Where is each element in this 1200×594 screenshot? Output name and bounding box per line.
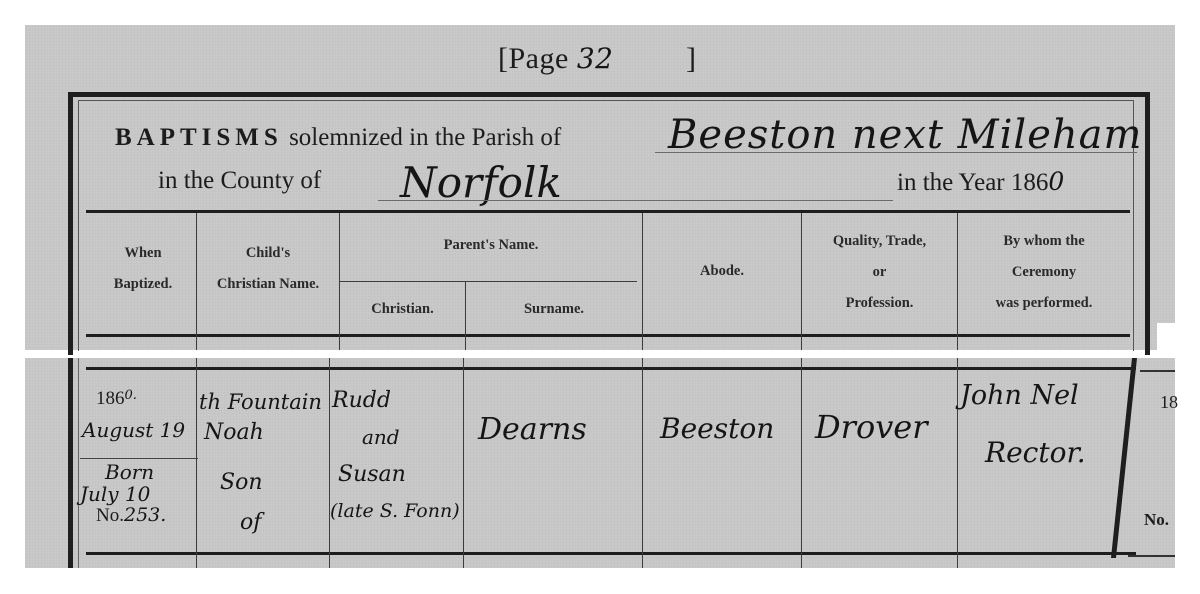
header-parent-surname: Surname. <box>466 294 642 325</box>
entry-child-of: of <box>240 510 261 535</box>
header-child-name: Child's Christian Name. <box>197 238 339 300</box>
next-page-year-fragment: 18 <box>1160 392 1178 413</box>
header-child-line2: Christian Name. <box>197 269 339 300</box>
entry-child-relation: Son <box>220 470 263 495</box>
page-label-bracket: ] <box>686 42 697 76</box>
entry-year: 1860. <box>96 388 137 410</box>
county-label: in the County of <box>158 167 321 194</box>
county-underline <box>378 200 893 201</box>
entry-born-label: Born <box>105 460 154 484</box>
entry-bottom-rule <box>86 552 1136 555</box>
date-separator <box>80 458 198 459</box>
entry-mother-name: Susan <box>338 462 406 487</box>
page-label-prefix: [Page <box>498 42 569 75</box>
entry-mother-maiden: (late S. Fonn) <box>330 500 460 522</box>
header-quality-line3: Profession. <box>802 288 957 319</box>
register-title-rest: solemnized in the Parish of <box>289 124 561 151</box>
year-line: in the Year 1860 <box>897 167 1064 197</box>
col-divider <box>329 358 330 568</box>
header-quality-line2: or <box>802 257 957 288</box>
parish-underline <box>655 152 1137 153</box>
col-divider <box>957 358 958 568</box>
header-when-line2: Baptized. <box>90 269 196 300</box>
parents-subrule <box>339 281 637 282</box>
entry-father-name: Rudd <box>332 388 391 413</box>
col-divider <box>801 358 802 568</box>
entry-profession: Drover <box>815 408 928 446</box>
header-abode: Abode. <box>643 256 801 287</box>
entry-number: No.253. <box>96 504 166 527</box>
frame-left-inner <box>78 358 79 568</box>
year-label: in the Year 186 <box>897 169 1048 196</box>
scan-gap <box>1157 323 1175 350</box>
header-quality-line1: Quality, Trade, <box>802 226 957 257</box>
col-divider <box>196 358 197 568</box>
header-child-line1: Child's <box>197 238 339 269</box>
header-bottom-rule <box>86 334 1130 337</box>
entry-born-date: July 10 <box>80 482 150 506</box>
year-hand: 0 <box>1048 167 1064 196</box>
next-page-no-fragment: No. <box>1144 510 1169 530</box>
header-by-whom-line3: was performed. <box>958 288 1130 319</box>
register-title-line2: in the County of <box>158 167 321 195</box>
next-page-rule <box>1140 370 1175 372</box>
header-parents: Parent's Name. <box>340 230 642 261</box>
col-divider <box>642 358 643 568</box>
entry-top-rule <box>86 367 1136 370</box>
header-when-line1: When <box>90 238 196 269</box>
next-page-rule-bottom <box>1128 555 1175 557</box>
page-number: 32 <box>577 42 614 75</box>
header-by-whom-line1: By whom the <box>958 226 1130 257</box>
header-quality: Quality, Trade, or Profession. <box>802 226 957 319</box>
entry-parent-and: and <box>362 425 400 449</box>
header-by-whom-line2: Ceremony <box>958 257 1130 288</box>
header-top-rule <box>86 210 1130 213</box>
register-title-caps: BAPTISMS <box>115 124 283 151</box>
frame-left-edge <box>68 358 73 568</box>
col-divider <box>463 358 464 568</box>
entry-number-value: 253. <box>124 504 166 526</box>
entry-officiant-name: John Nel <box>960 380 1079 411</box>
register-title-line1: BAPTISMS solemnized in the Parish of <box>115 124 561 152</box>
page-label: [Page32 ] <box>498 42 613 76</box>
header-by-whom: By whom the Ceremony was performed. <box>958 226 1130 319</box>
entry-baptism-date: August 19 <box>82 418 185 442</box>
header-when-baptized: When Baptized. <box>90 238 196 300</box>
entry-no-label: No. <box>96 505 124 526</box>
entry-child-line1: th Fountain <box>199 390 322 414</box>
entry-child-name: Noah <box>204 420 264 445</box>
entry-year-printed: 186 <box>96 388 125 409</box>
entry-surname: Dearns <box>478 412 587 447</box>
entry-abode: Beeston <box>660 412 774 445</box>
entry-year-hand: 0. <box>125 388 137 403</box>
entry-officiant-title: Rector. <box>985 436 1086 469</box>
header-parent-christian: Christian. <box>340 294 465 325</box>
